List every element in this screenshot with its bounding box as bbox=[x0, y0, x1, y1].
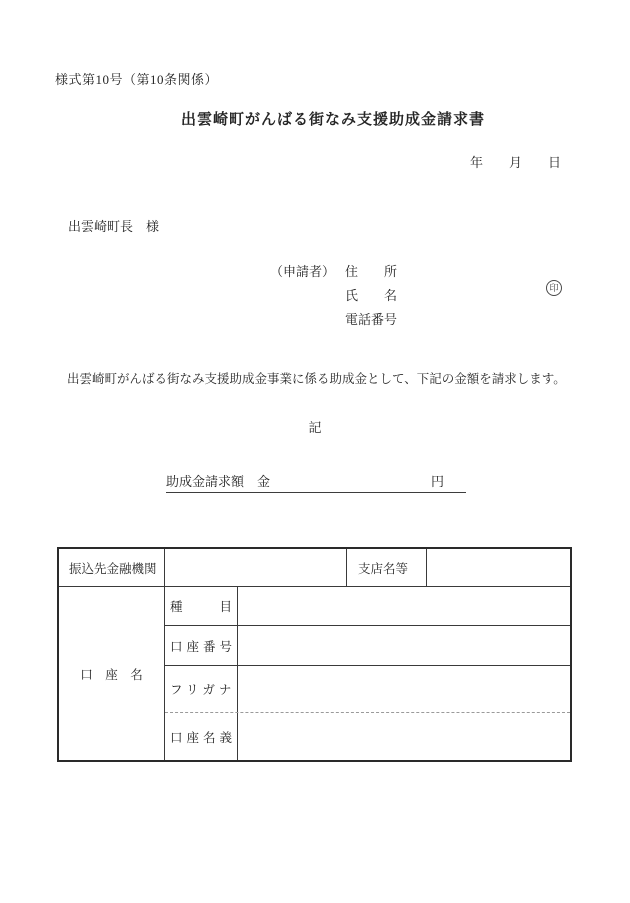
account-number-value-cell bbox=[238, 626, 570, 665]
financial-institution-label: 振込先金融機関 bbox=[59, 549, 165, 586]
applicant-address-label: 住 所 bbox=[345, 261, 397, 280]
account-type-label: 種 目 bbox=[165, 587, 238, 625]
branch-name-label: 支店名等 bbox=[347, 549, 427, 586]
table-row-account-holder: 口座名義 bbox=[165, 713, 570, 760]
date-line: 年 月 日 bbox=[470, 152, 561, 171]
section-marker: 記 bbox=[0, 417, 630, 436]
account-number-label: 口座番号 bbox=[165, 626, 238, 665]
account-rows: 種 目 口座番号 フリガナ 口座名義 bbox=[165, 587, 570, 760]
furigana-value-cell bbox=[238, 666, 570, 712]
account-holder-label: 口座名義 bbox=[165, 713, 238, 760]
applicant-prefix: （申請者） bbox=[270, 261, 335, 280]
applicant-name-label: 氏 名 bbox=[345, 285, 397, 304]
seal-stamp-icon: 印 bbox=[546, 280, 562, 296]
form-number: 様式第10号（第10条関係） bbox=[55, 69, 218, 88]
title-container: 出雲崎町がんばる街なみ支援助成金請求書 bbox=[0, 108, 630, 129]
table-row-financial-institution: 振込先金融機関 支店名等 bbox=[59, 549, 570, 587]
applicant-phone-label: 電話番号 bbox=[345, 309, 397, 328]
account-type-value-cell bbox=[238, 587, 570, 625]
document-page: 様式第10号（第10条関係） 出雲崎町がんばる街なみ支援助成金請求書 年 月 日… bbox=[0, 0, 630, 903]
table-row-furigana: フリガナ bbox=[165, 666, 570, 713]
addressee: 出雲崎町長 様 bbox=[68, 216, 159, 235]
table-row-account-type: 種 目 bbox=[165, 587, 570, 626]
branch-name-value-cell bbox=[427, 549, 570, 586]
amount-label: 助成金請求額 金 bbox=[166, 471, 270, 490]
page-title: 出雲崎町がんばる街なみ支援助成金請求書 bbox=[181, 112, 485, 128]
table-row-account-number: 口座番号 bbox=[165, 626, 570, 666]
amount-unit: 円 bbox=[431, 471, 444, 490]
account-group-label: 口 座 名 bbox=[59, 587, 165, 760]
amount-request-line: 助成金請求額 金 円 bbox=[166, 473, 466, 493]
furigana-label: フリガナ bbox=[165, 666, 238, 712]
table-account-section: 口 座 名 種 目 口座番号 フリガナ 口座名義 bbox=[59, 587, 570, 760]
bank-transfer-table: 振込先金融機関 支店名等 口 座 名 種 目 口座番号 フリガナ bbox=[57, 547, 572, 762]
financial-institution-value-cell bbox=[165, 549, 347, 586]
account-holder-value-cell bbox=[238, 713, 570, 760]
body-text: 出雲崎町がんばる街なみ支援助成金事業に係る助成金として、下記の金額を請求します。 bbox=[67, 369, 566, 387]
